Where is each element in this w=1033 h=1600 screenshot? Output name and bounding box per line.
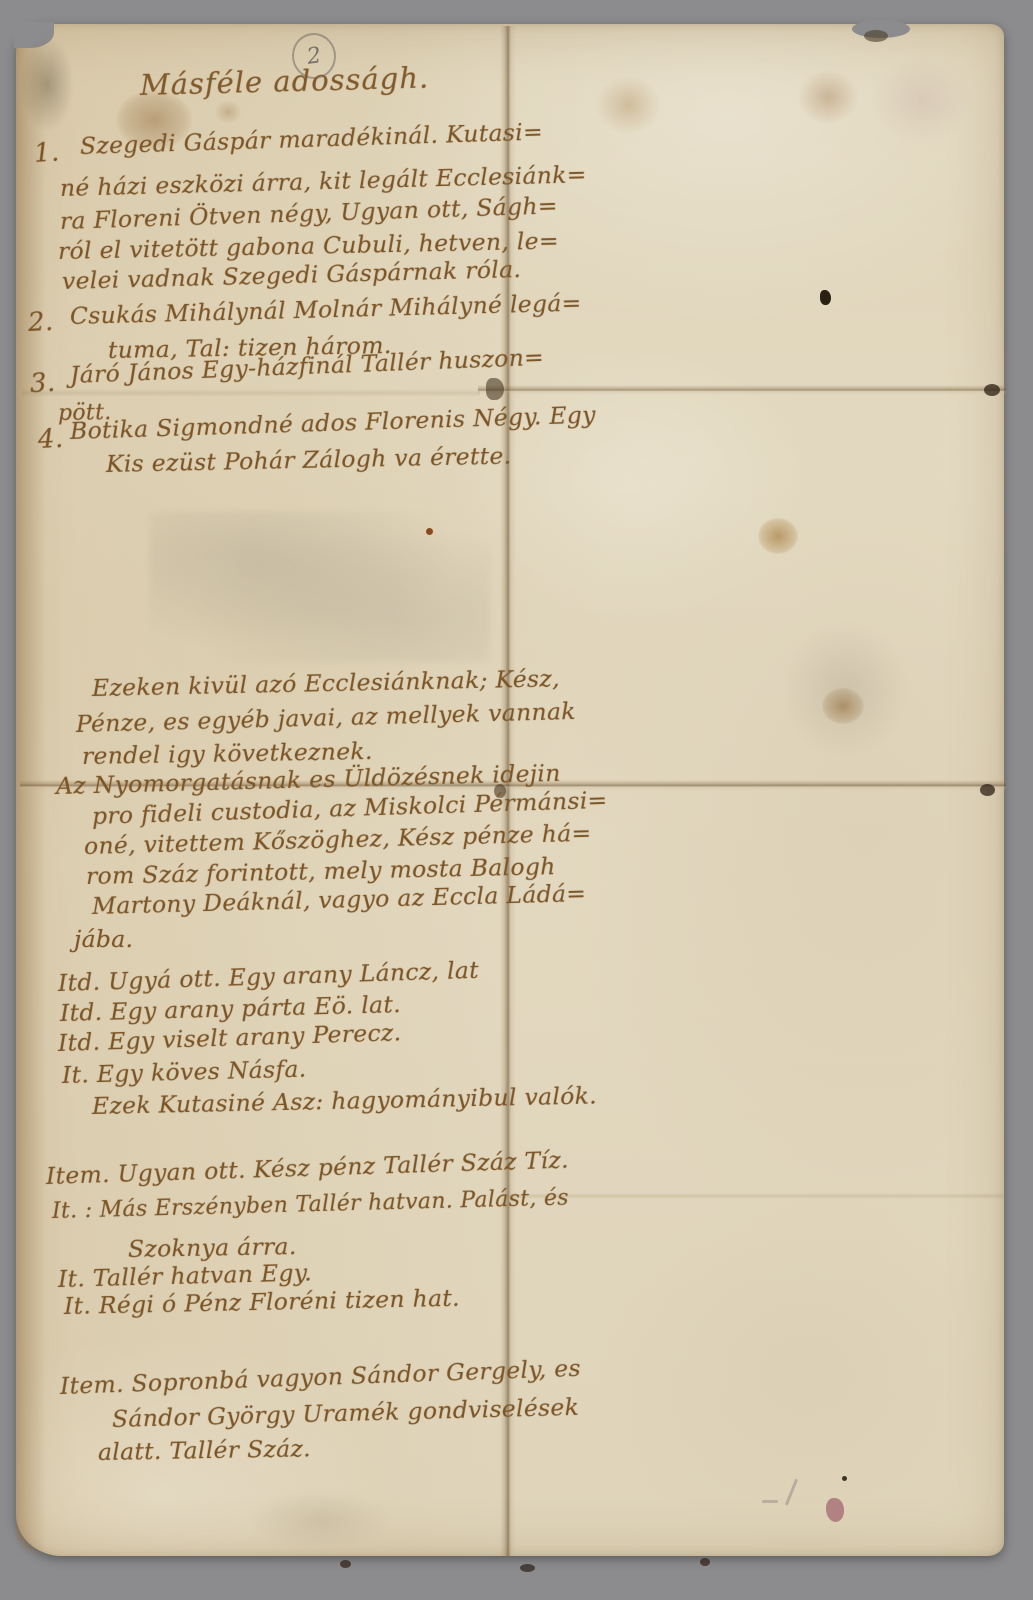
edge-speck [340,1560,351,1568]
entry-3-number: 3. [29,369,56,399]
scan-background: 2 Másféle adosságh. 1. Szegedi Gáspár ma… [0,0,1033,1600]
paragraph-3-line: alatt. Tallér Száz. [98,1436,311,1466]
entry-2-number: 2. [27,308,54,338]
edge-speck [700,1558,710,1566]
entry-1-number: 1. [33,138,60,168]
paragraph-2-line: jába. [74,927,133,953]
edge-speck [520,1564,535,1572]
spine-shadow [16,24,46,1556]
entry-4-number: 4. [37,425,64,455]
